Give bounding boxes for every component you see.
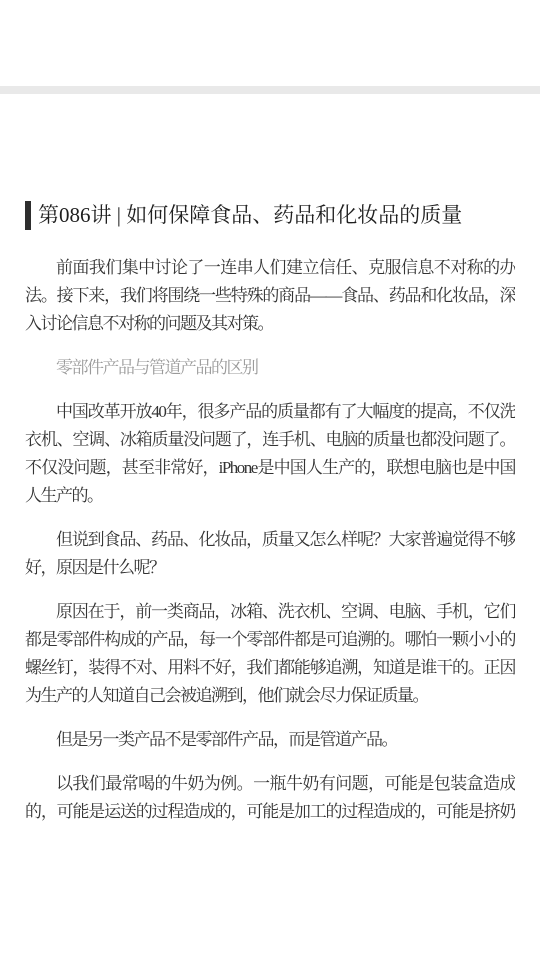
section-subheading: 零部件产品与管道产品的区别 bbox=[25, 354, 515, 382]
paragraph: 中国改革开放40年，很多产品的质量都有了大幅度的提高，不仅洗衣机、空调、冰箱质量… bbox=[25, 398, 515, 510]
text-line: 前面我们集中讨论了一连串人们建立信任、克服信息不对称的办 bbox=[25, 254, 515, 282]
text-line: 螺丝钉，装得不对、用料不好，我们都能够追溯，知道是谁干的。正因 bbox=[25, 654, 515, 682]
page-top-divider bbox=[0, 86, 540, 94]
text-line: 衣机、空调、冰箱质量没问题了，连手机、电脑的质量也都没问题了。 bbox=[25, 426, 515, 454]
text-line: 但说到食品、药品、化妆品，质量又怎么样呢？大家普遍觉得不够 bbox=[25, 526, 515, 554]
text-line: 零部件产品与管道产品的区别 bbox=[25, 354, 515, 382]
text-line: 但是另一类产品不是零部件产品，而是管道产品。 bbox=[25, 726, 515, 754]
paragraph: 前面我们集中讨论了一连串人们建立信任、克服信息不对称的办法。接下来，我们将围绕一… bbox=[25, 254, 515, 338]
text-line: 法。接下来，我们将围绕一些特殊的商品——食品、药品和化妆品，深 bbox=[25, 282, 515, 310]
paragraph: 以我们最常喝的牛奶为例。一瓶牛奶有问题，可能是包装盒造成的，可能是运送的过程造成… bbox=[25, 770, 515, 826]
text-line: 入讨论信息不对称的问题及其对策。 bbox=[25, 310, 515, 338]
text-line: 为生产的人知道自己会被追溯到，他们就会尽力保证质量。 bbox=[25, 682, 515, 710]
paragraph: 原因在于，前一类商品，冰箱、洗衣机、空调、电脑、手机，它们都是零部件构成的产品，… bbox=[25, 598, 515, 710]
title-accent-bar bbox=[25, 201, 31, 230]
text-line: 原因在于，前一类商品，冰箱、洗衣机、空调、电脑、手机，它们 bbox=[25, 598, 515, 626]
text-line: 都是零部件构成的产品，每一个零部件都是可追溯的。哪怕一颗小小的 bbox=[25, 626, 515, 654]
text-line: 以我们最常喝的牛奶为例。一瓶牛奶有问题，可能是包装盒造成 bbox=[25, 770, 515, 798]
paragraph: 但说到食品、药品、化妆品，质量又怎么样呢？大家普遍觉得不够好，原因是什么呢？ bbox=[25, 526, 515, 582]
text-line: 好，原因是什么呢？ bbox=[25, 554, 515, 582]
text-line: 的，可能是运送的过程造成的，可能是加工的过程造成的，可能是挤奶 bbox=[25, 798, 515, 826]
chapter-title: 第086讲 | 如何保障食品、药品和化妆品的质量 bbox=[38, 200, 462, 230]
chapter-title-row: 第086讲 | 如何保障食品、药品和化妆品的质量 bbox=[25, 200, 515, 230]
paragraph: 但是另一类产品不是零部件产品，而是管道产品。 bbox=[25, 726, 515, 754]
text-line: 不仅没问题，甚至非常好，iPhone是中国人生产的，联想电脑也是中国 bbox=[25, 454, 515, 482]
text-line: 中国改革开放40年，很多产品的质量都有了大幅度的提高，不仅洗 bbox=[25, 398, 515, 426]
article-body: 前面我们集中讨论了一连串人们建立信任、克服信息不对称的办法。接下来，我们将围绕一… bbox=[25, 254, 515, 842]
reader-screen[interactable]: 第086讲 | 如何保障食品、药品和化妆品的质量 前面我们集中讨论了一连串人们建… bbox=[0, 0, 540, 960]
text-line: 人生产的。 bbox=[25, 482, 515, 510]
